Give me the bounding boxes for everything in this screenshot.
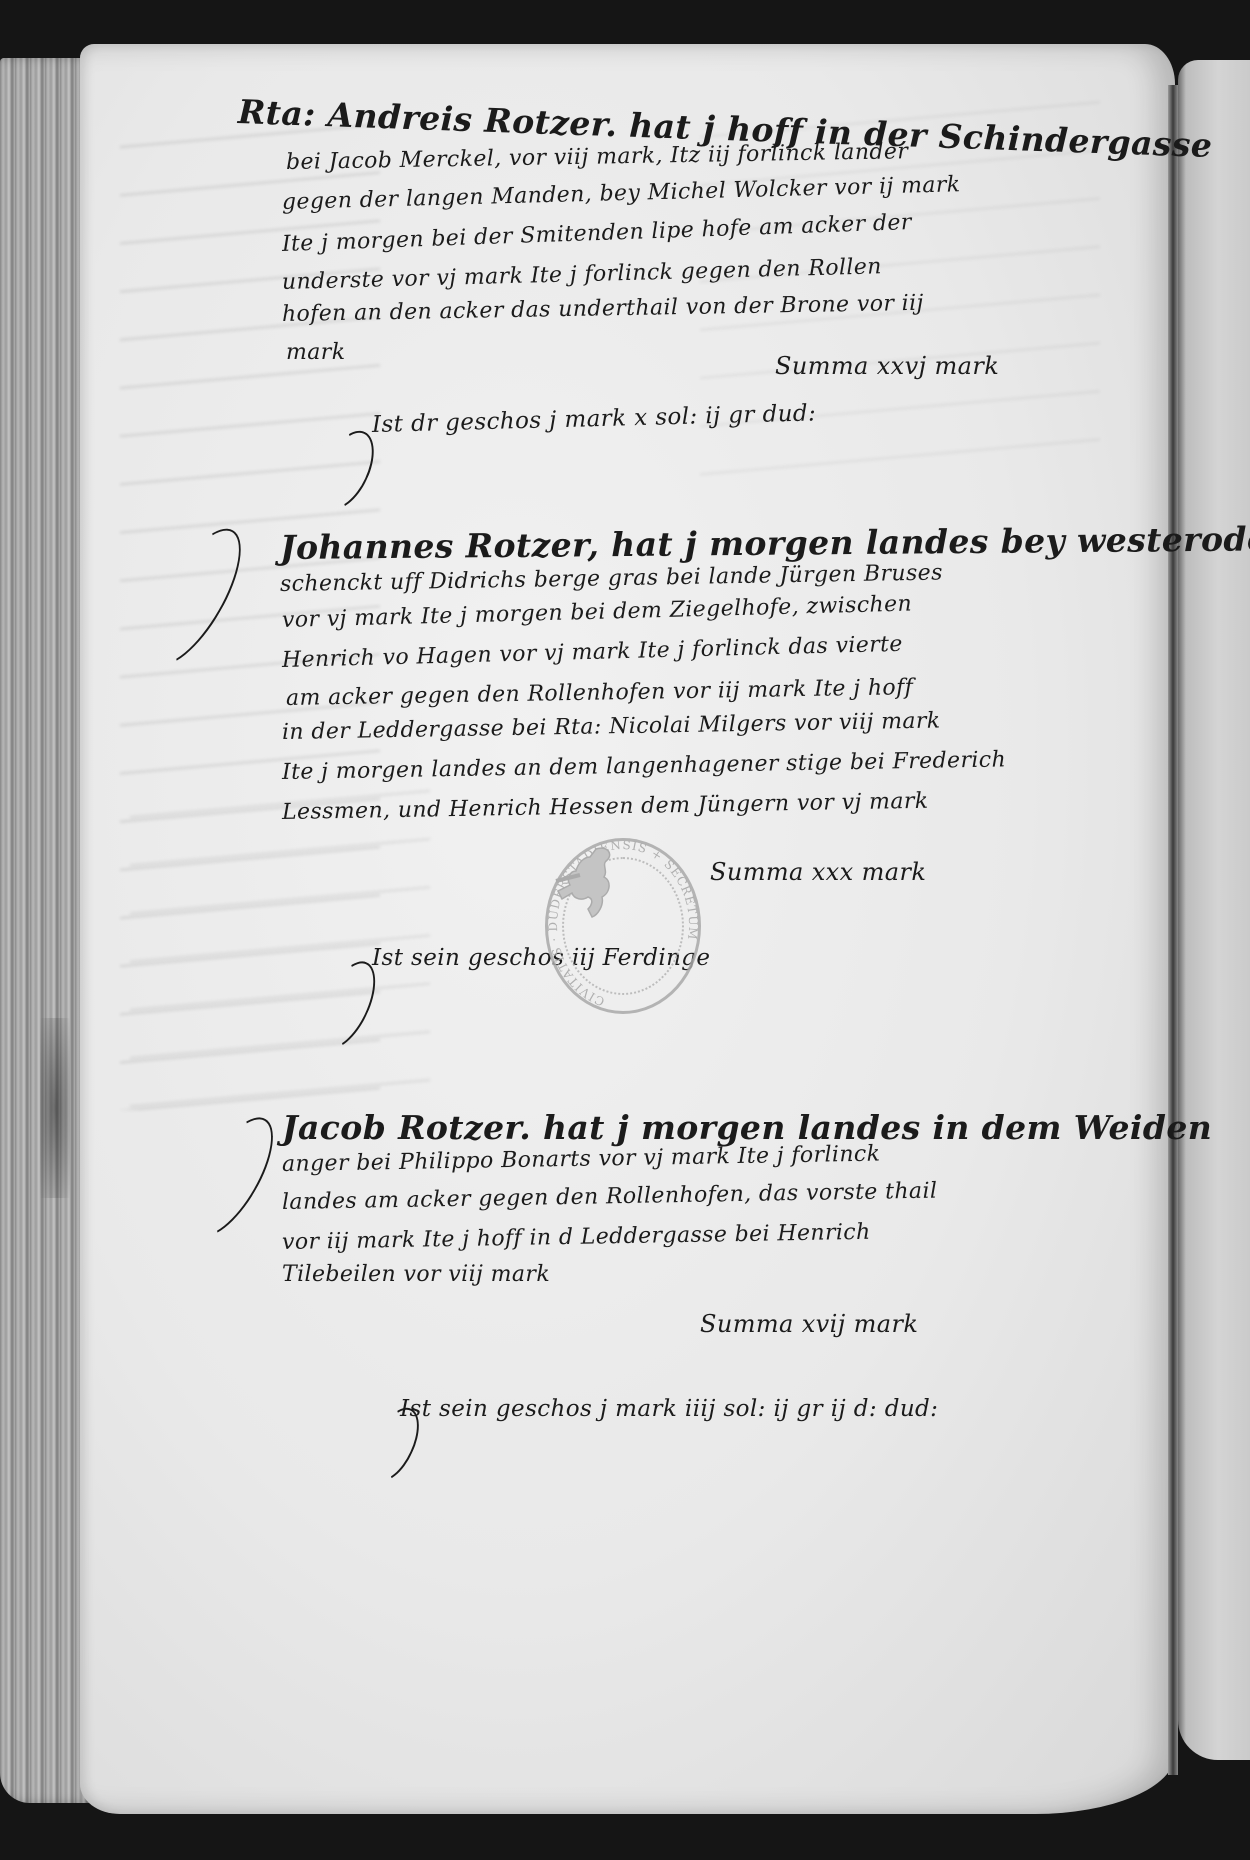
facing-page-edge — [1178, 60, 1250, 1760]
entry-line: Jacob Rotzer. hat j morgen landes in dem… — [282, 1108, 1212, 1147]
book-page-stack — [0, 58, 92, 1803]
entry-line: mark — [286, 340, 345, 365]
entry-summa: Summa xvij mark — [700, 1310, 918, 1338]
archive-seal-stamp: CIVITATIS · DUDERSTADIENSIS + SECRETUM — [545, 838, 701, 1014]
entry-summa: Summa xxx mark — [710, 858, 926, 886]
book-gutter — [1168, 85, 1178, 1775]
lion-emblem-icon — [548, 841, 628, 923]
entry-tax-paid: Ist sein geschos j mark iiij sol: ij gr … — [400, 1396, 938, 1422]
entry-summa: Summa xxvj mark — [775, 352, 999, 380]
entry-line: Tilebeilen vor viij mark — [282, 1262, 550, 1287]
